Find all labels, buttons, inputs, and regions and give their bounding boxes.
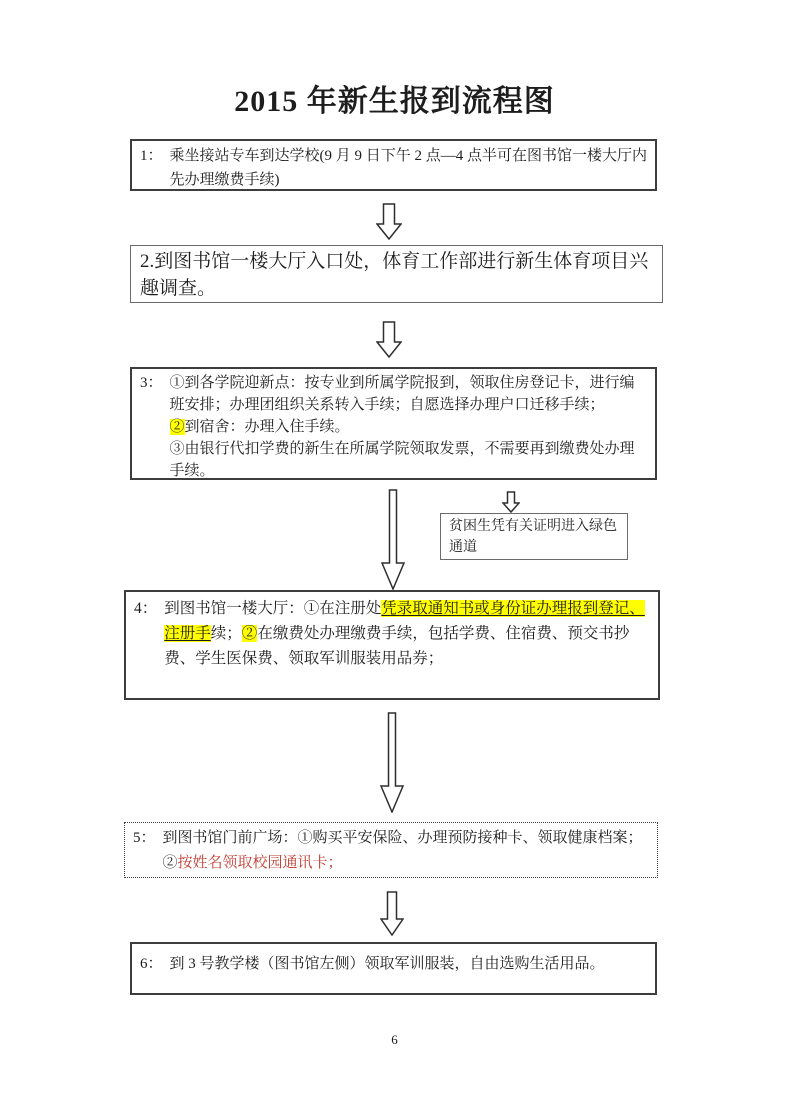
step-2-text: 2.到图书馆一楼大厅入口处，体育工作部进行新生体育项目兴趣调查。 <box>140 248 653 302</box>
text-run: 到图书馆一楼大厅：①在注册处 <box>164 600 381 617</box>
step-3-text: ①到各学院迎新点：按专业到所属学院报到，领取住房登记卡，进行编班安排；办理团组织… <box>170 372 647 482</box>
step-6-number: 6： <box>140 952 170 976</box>
step-box-2: 2.到图书馆一楼大厅入口处，体育工作部进行新生体育项目兴趣调查。 <box>130 245 663 303</box>
step-box-4: 4： 到图书馆一楼大厅：①在注册处凭录取通知书或身份证办理报到登记、注册手续；②… <box>124 590 660 700</box>
down-arrow-icon <box>380 891 404 936</box>
step-3-number: 3： <box>140 372 170 394</box>
document-page: 2015 年新生报到流程图 1： 乘坐接站专车到达学校(9 月 9 日下午 2 … <box>0 0 789 1117</box>
step-4-text: 到图书馆一楼大厅：①在注册处凭录取通知书或身份证办理报到登记、注册手续；②在缴费… <box>164 596 650 671</box>
text-run: 续； <box>211 625 242 642</box>
step-box-5: 5： 到图书馆门前广场：①购买平安保险、办理预防接种卡、领取健康档案；②按姓名领… <box>124 822 658 878</box>
step-3-line-2: ②到宿舍：办理入住手续。 <box>170 416 647 438</box>
text-run: 2.到图书馆一楼大厅入口处，体育工作部进行新生体育项目兴趣调查。 <box>140 251 648 299</box>
red-text-run: 按姓名领取校园通讯卡； <box>178 855 343 871</box>
step-box-3: 3： ①到各学院迎新点：按专业到所属学院报到，领取住房登记卡，进行编班安排；办理… <box>130 367 657 480</box>
step-5-number: 5： <box>133 826 163 851</box>
text-run: 贫困生凭有关证明进入绿色通道 <box>449 519 617 555</box>
step-5-text: 到图书馆门前广场：①购买平安保险、办理预防接种卡、领取健康档案；②按姓名领取校园… <box>163 826 649 876</box>
side-note-box: 贫困生凭有关证明进入绿色通道 <box>440 513 628 560</box>
highlighted-text-run: ② <box>170 419 185 435</box>
highlighted-text-run: ② <box>242 625 258 642</box>
down-arrow-icon <box>381 489 405 590</box>
step-6-text: 到 3 号教学楼（图书馆左侧）领取军训服装，自由选购生活用品。 <box>170 952 647 976</box>
step-1-text: 乘坐接站专车到达学校(9 月 9 日下午 2 点—4 点半可在图书馆一楼大厅内先… <box>170 144 647 192</box>
down-arrow-icon <box>376 203 402 240</box>
step-4-number: 4： <box>134 596 164 621</box>
step-3-line-3: ③由银行代扣学费的新生在所属学院领取发票，不需要再到缴费处办理手续。 <box>170 438 647 482</box>
text-run: 到 3 号教学楼（图书馆左侧）领取军训服装，自由选购生活用品。 <box>170 956 605 972</box>
step-1-number: 1： <box>140 144 170 168</box>
side-note-text: 贫困生凭有关证明进入绿色通道 <box>449 516 619 558</box>
step-box-6: 6： 到 3 号教学楼（图书馆左侧）领取军训服装，自由选购生活用品。 <box>130 942 657 995</box>
page-title: 2015 年新生报到流程图 <box>0 76 789 120</box>
text-run: 到宿舍：办理入住手续。 <box>185 419 350 435</box>
text-run: ③由银行代扣学费的新生在所属学院领取发票，不需要再到缴费处办理手续。 <box>170 441 635 479</box>
page-number: 6 <box>0 1032 789 1048</box>
down-arrow-icon <box>376 321 402 358</box>
down-arrow-icon <box>380 712 404 813</box>
text-run: ①到各学院迎新点：按专业到所属学院报到，领取住房登记卡，进行编班安排；办理团组织… <box>170 375 635 413</box>
step-3-line-1: ①到各学院迎新点：按专业到所属学院报到，领取住房登记卡，进行编班安排；办理团组织… <box>170 372 647 416</box>
text-run: 乘坐接站专车到达学校(9 月 9 日下午 2 点—4 点半可在图书馆一楼大厅内先… <box>170 148 648 188</box>
down-arrow-icon <box>502 491 520 513</box>
step-box-1: 1： 乘坐接站专车到达学校(9 月 9 日下午 2 点—4 点半可在图书馆一楼大… <box>130 139 657 191</box>
